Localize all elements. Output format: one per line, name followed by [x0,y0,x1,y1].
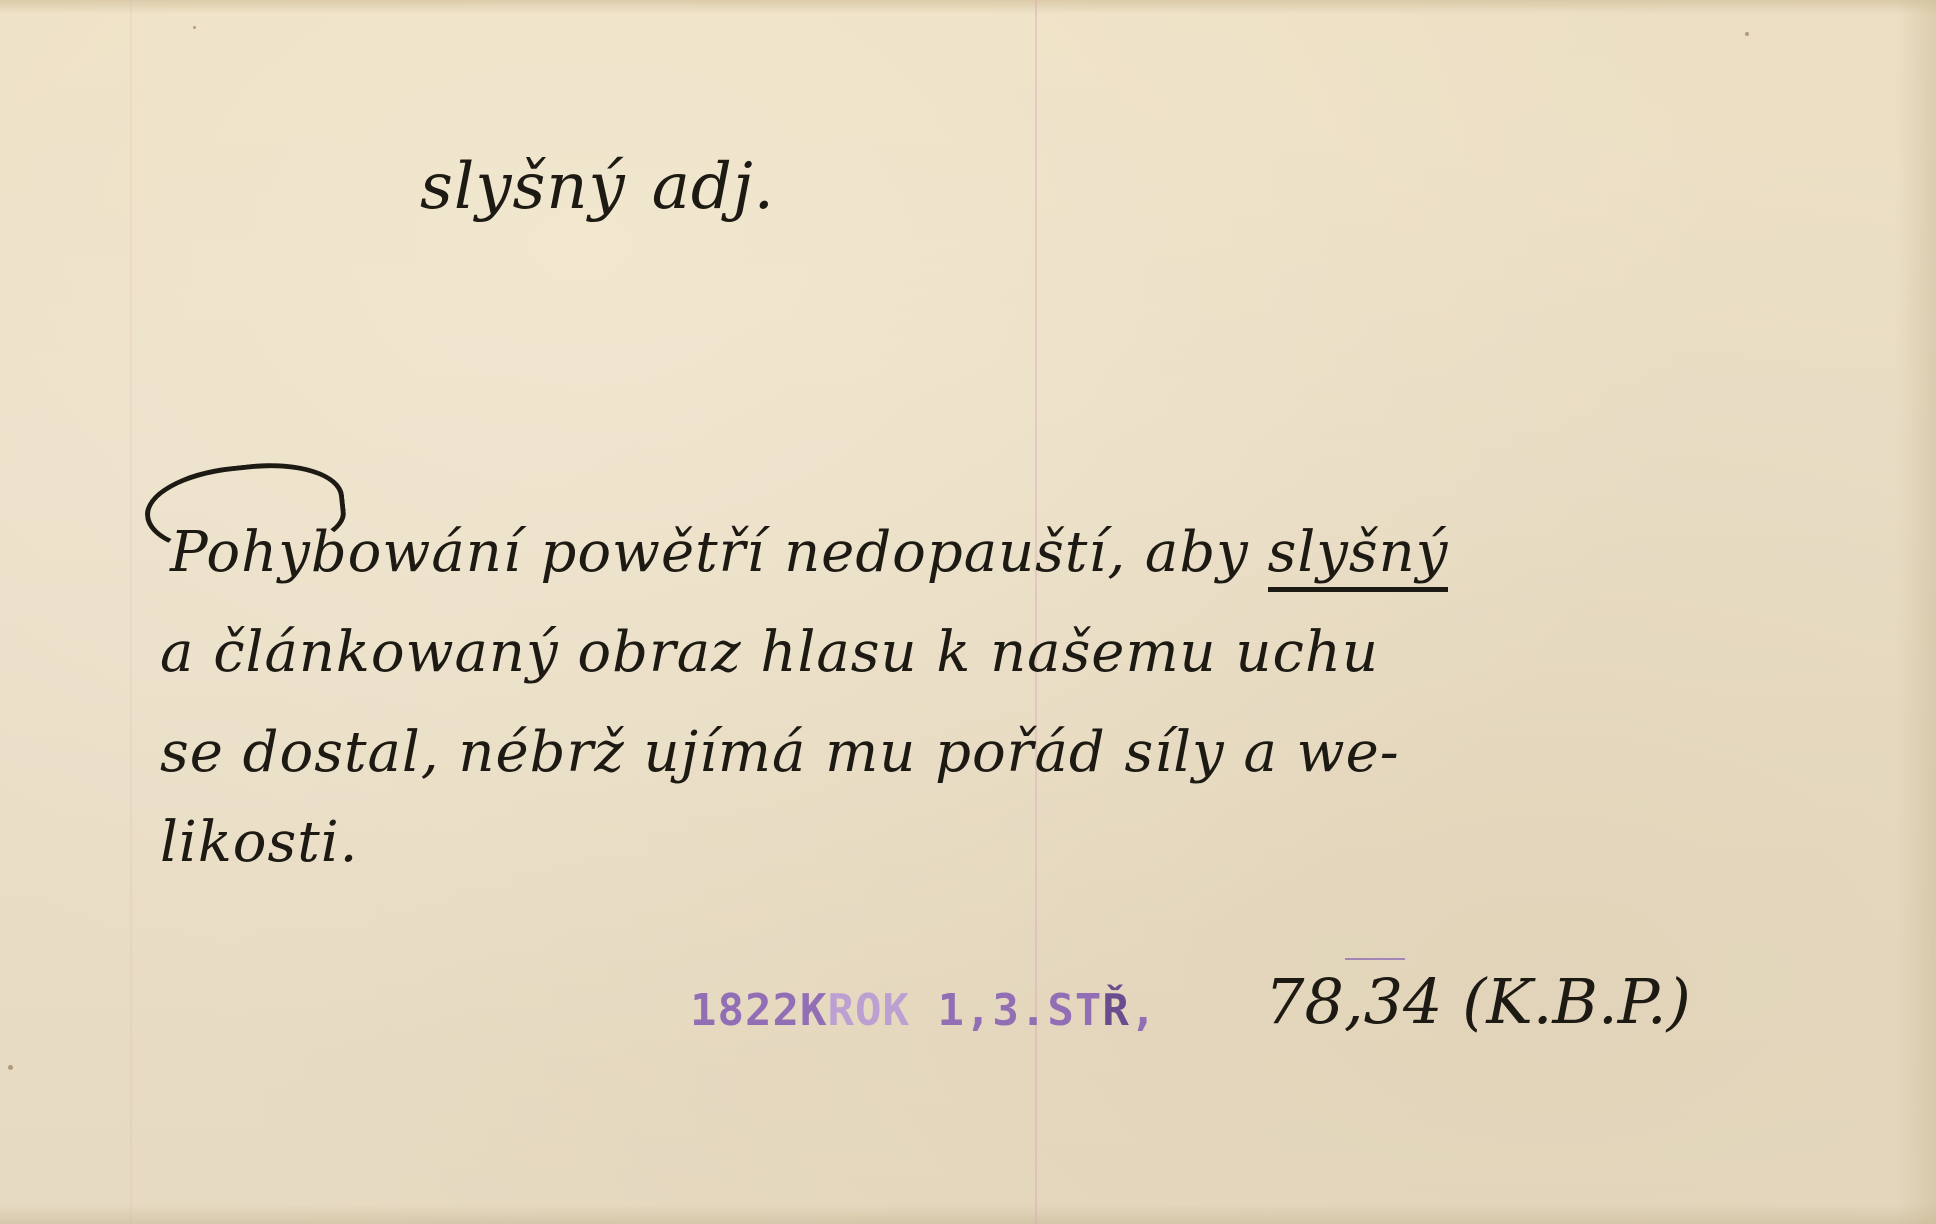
paper-edge-right [1896,0,1936,1224]
stamp-overline-mark [1345,958,1405,960]
dictionary-card: slyšnýadj. Pohybowání powětří nedopauští… [0,0,1936,1224]
stamp-prefix: K [800,985,828,1036]
stamp-strong-part: Ř [1102,985,1130,1036]
paper-speck [8,1065,13,1070]
paper-edge-top [0,0,1936,14]
quotation-line-1: Pohybowání powětří nedopauští, aby slyšn… [170,520,1448,585]
stamp-year: 1822 [690,985,800,1036]
headword-text: slyšný [420,150,626,224]
stamp-rest: 1,3.ST [910,985,1102,1036]
quotation-line-4: likosti. [160,810,358,875]
paper-edge-bottom [0,1204,1936,1224]
quotation-line-1-text: Pohybowání powětří nedopauští, aby [170,520,1249,585]
paper-speck [1745,32,1749,36]
source-handwritten: 78,34 (K.B.P.) [1265,965,1691,1038]
quotation-line-3: se dostal, nébrž ujímá mu pořád síly a w… [160,720,1400,785]
source-stamp: 1822KROK 1,3.STŘ, [690,985,1157,1036]
vertical-rule-line-faint [130,0,132,1224]
part-of-speech: adj. [652,150,775,224]
paper-speck [193,26,196,29]
source-initials: (K.B.P.) [1462,965,1691,1038]
source-page: 78,34 [1265,965,1443,1038]
stamp-faded-part: ROK [827,985,909,1036]
underlined-headword-occurrence: slyšný [1268,520,1449,592]
stamp-suffix: , [1130,985,1158,1036]
quotation-line-2: a článkowaný obraz hlasu k našemu uchu [160,620,1379,685]
vertical-rule-line [1035,0,1037,1224]
headword: slyšnýadj. [420,150,775,224]
